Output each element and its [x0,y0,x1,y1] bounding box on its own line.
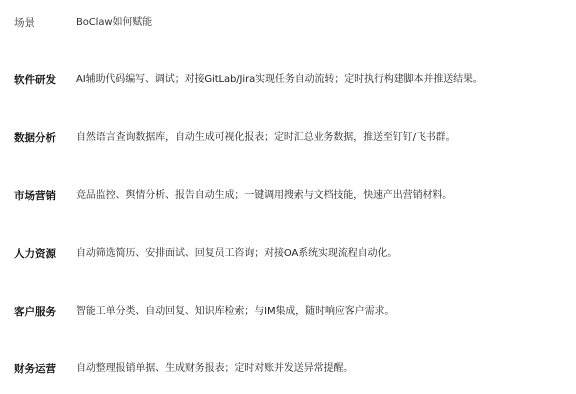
table-header-row: 场景 BoClaw如何赋能 [0,13,576,33]
header-scene: 场景 [14,13,35,33]
row-scene: 市场营销 [14,186,56,206]
row-scene: 人力资源 [14,244,56,264]
row-enablement: 自然语言查询数据库，自动生成可视化报表；定时汇总业务数据，推送至钉钉/飞书群。 [76,128,455,148]
table-row: 人力资源 自动筛选简历、安排面试、回复员工咨询；对接OA系统实现流程自动化。 [0,244,576,264]
header-enablement: BoClaw如何赋能 [76,13,152,33]
table-row: 市场营销 竞品监控、舆情分析、报告自动生成；一键调用搜索与文档技能，快速产出营销… [0,186,576,206]
table-row: 客户服务 智能工单分类、自动回复、知识库检索；与IM集成，随时响应客户需求。 [0,302,576,322]
table-row: 财务运营 自动整理报销单据、生成财务报表；定时对账并发送异常提醒。 [0,359,576,379]
scenario-table: 场景 BoClaw如何赋能 软件研发 AI辅助代码编写、调试；对接GitLab/… [0,0,576,394]
table-row: 软件研发 AI辅助代码编写、调试；对接GitLab/Jira实现任务自动流转；定… [0,70,576,90]
row-scene: 客户服务 [14,302,56,322]
table-row: 数据分析 自然语言查询数据库，自动生成可视化报表；定时汇总业务数据，推送至钉钉/… [0,128,576,148]
row-scene: 数据分析 [14,128,56,148]
row-enablement: 自动筛选简历、安排面试、回复员工咨询；对接OA系统实现流程自动化。 [76,244,397,264]
row-scene: 财务运营 [14,359,56,379]
row-scene: 软件研发 [14,70,56,90]
row-enablement: AI辅助代码编写、调试；对接GitLab/Jira实现任务自动流转；定时执行构建… [76,70,483,90]
row-enablement: 智能工单分类、自动回复、知识库检索；与IM集成，随时响应客户需求。 [76,302,394,322]
row-enablement: 竞品监控、舆情分析、报告自动生成；一键调用搜索与文档技能，快速产出营销材料。 [76,186,452,206]
row-enablement: 自动整理报销单据、生成财务报表；定时对账并发送异常提醒。 [76,359,353,379]
